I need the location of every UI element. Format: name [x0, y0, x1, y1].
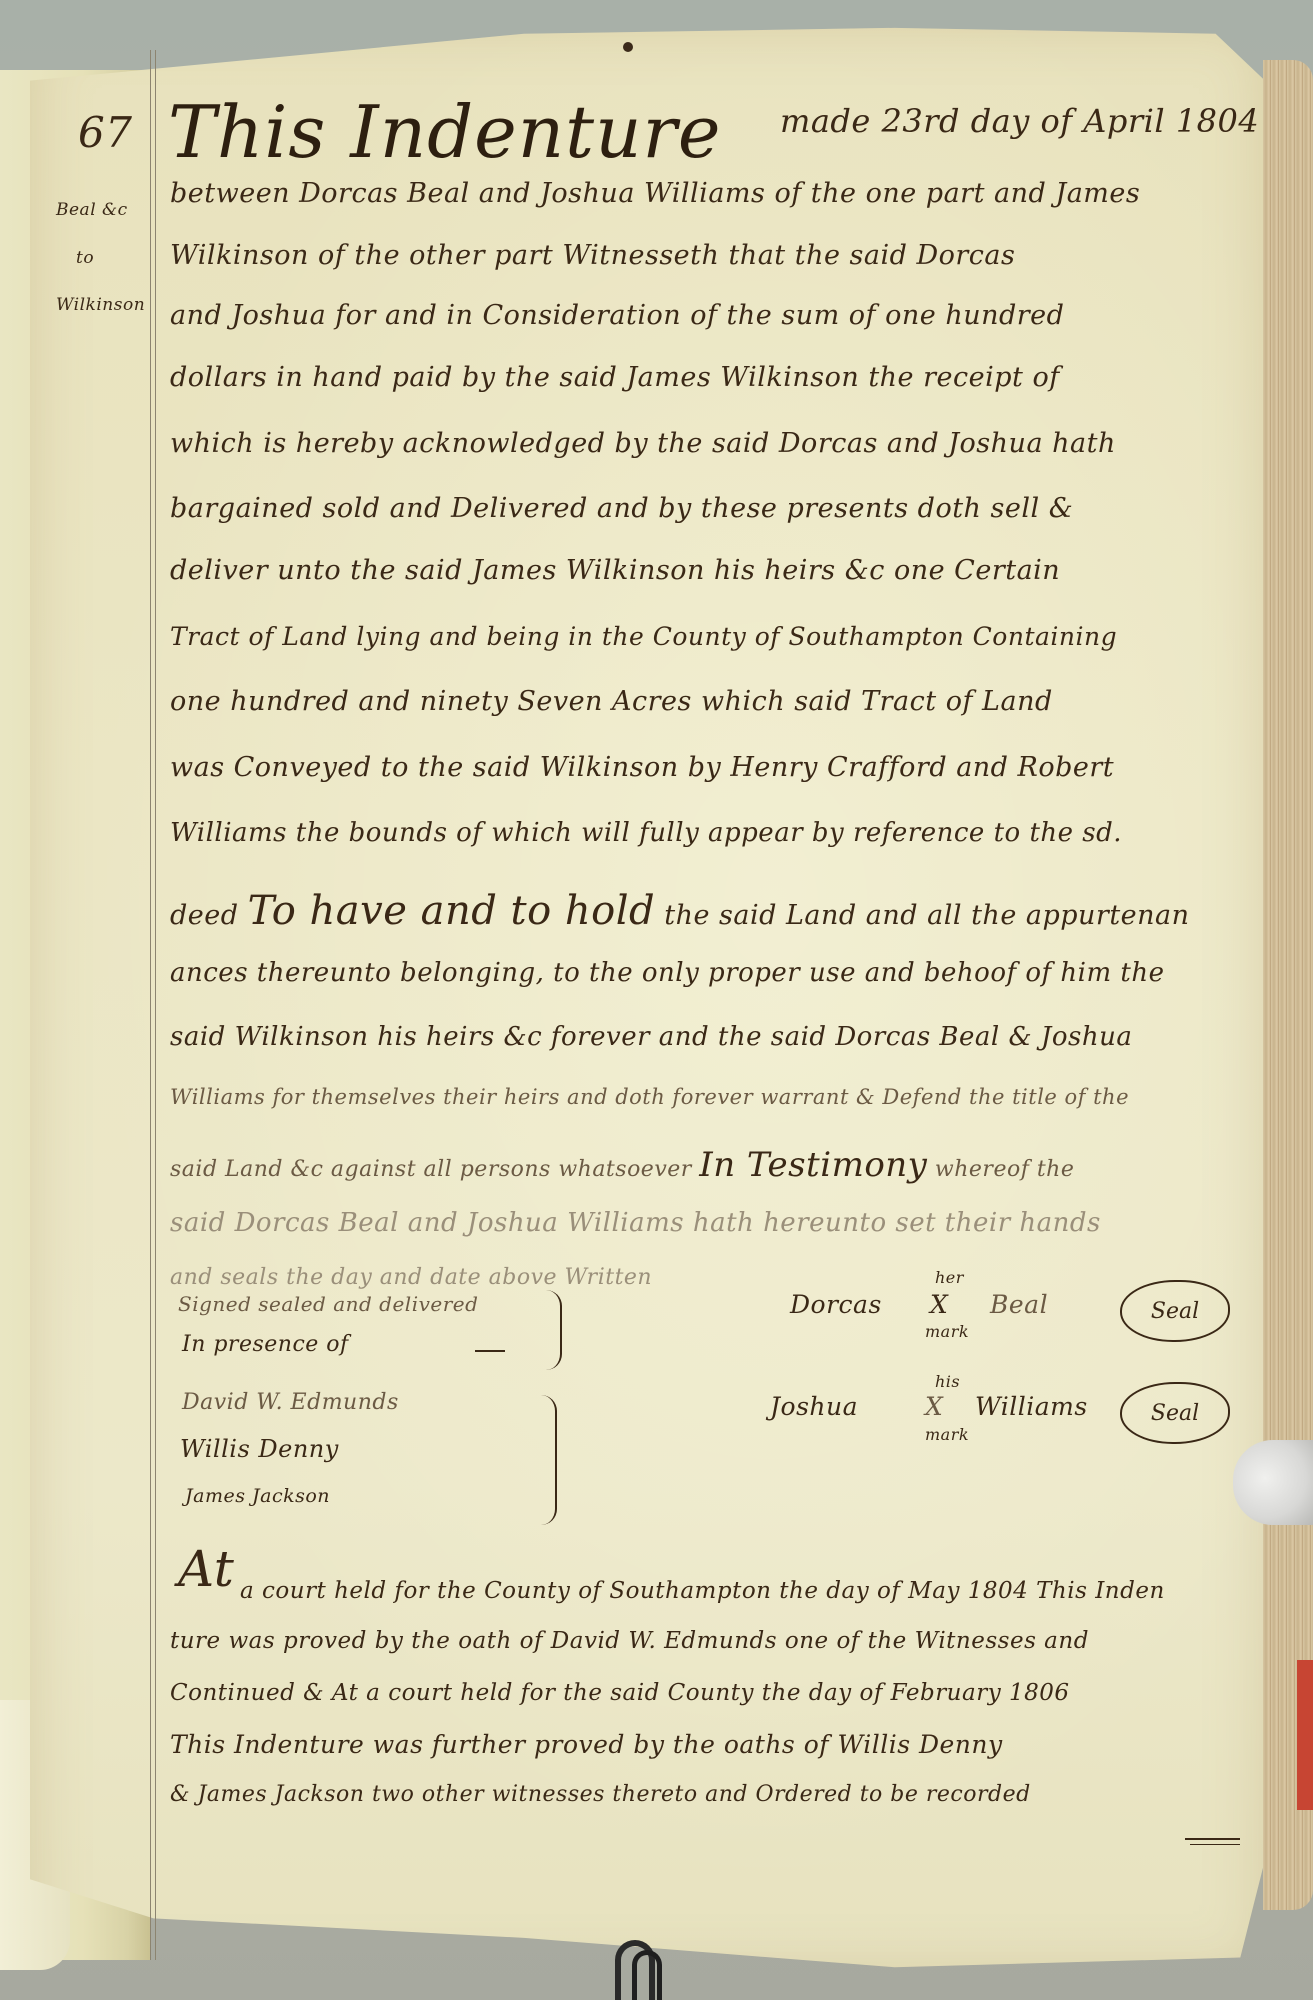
testimony-emphasis: In Testimony [699, 1145, 927, 1185]
testimony-suffix: whereof the [935, 1157, 1074, 1182]
margin-grantor: Beal &c [56, 200, 128, 220]
body-line: deliver unto the said James Wilkinson hi… [170, 555, 1060, 586]
mark-above: his [935, 1372, 960, 1391]
body-line: Williams the bounds of which will fully … [170, 818, 1122, 848]
court-record-opening: At [178, 1540, 234, 1598]
deed-heading: This Indenture [168, 90, 721, 174]
habendum-line: deed To have and to hold the said Land a… [170, 888, 1190, 934]
red-bookmark-edge [1297, 1660, 1313, 1810]
mark-below: mark [925, 1425, 969, 1444]
folio-number: 67 [78, 108, 132, 157]
signature-first-name: Joshua [770, 1392, 858, 1421]
habendum-emphasis: To have and to hold [248, 888, 656, 934]
court-record-line: a court held for the County of Southampt… [240, 1578, 1165, 1604]
witness-name: David W. Edmunds [182, 1390, 399, 1415]
body-line: one hundred and ninety Seven Acres which… [170, 686, 1053, 717]
body-line: said Dorcas Beal and Joshua Williams hat… [170, 1208, 1101, 1238]
court-record-line: Continued & At a court held for the said… [170, 1680, 1070, 1706]
margin-rule [150, 50, 151, 1960]
body-line: was Conveyed to the said Wilkinson by He… [170, 752, 1114, 783]
body-line: Tract of Land lying and being in the Cou… [170, 622, 1117, 651]
signature-last-name: Williams [975, 1392, 1088, 1421]
witness-name: Willis Denny [180, 1435, 339, 1463]
court-record-line: This Indenture was further proved by the… [170, 1730, 1003, 1759]
attestation-line-1: Signed sealed and delivered [178, 1292, 478, 1316]
body-line: and Joshua for and in Consideration of t… [170, 300, 1064, 331]
binding-hole [623, 42, 633, 52]
deed-date-line: made 23rd day of April 1804 [780, 102, 1259, 140]
mark-above: her [935, 1268, 964, 1287]
body-line: Wilkinson of the other part Witnesseth t… [170, 240, 1015, 271]
dash [475, 1350, 505, 1352]
body-line: bargained sold and Delivered and by thes… [170, 493, 1073, 524]
body-line: said Land &c against all persons whatsoe… [170, 1145, 1074, 1185]
signature-mark: X [930, 1290, 948, 1319]
closing-rule [1185, 1838, 1240, 1840]
body-line: dollars in hand paid by the said James W… [170, 362, 1060, 393]
margin-grantee: Wilkinson [56, 295, 145, 315]
brace [540, 1290, 562, 1370]
body-line: said Wilkinson his heirs &c forever and … [170, 1022, 1132, 1052]
court-record-line: & James Jackson two other witnesses ther… [170, 1782, 1031, 1807]
book-fore-edge [1263, 60, 1313, 1910]
closing-rule [1190, 1844, 1240, 1845]
warranty-line: said Land &c against all persons whatsoe… [170, 1157, 692, 1182]
seal: Seal [1120, 1280, 1230, 1342]
body-line: ances thereunto belonging, to the only p… [170, 958, 1164, 988]
seal: Seal [1120, 1382, 1230, 1444]
thumb-holding-page [1233, 1440, 1313, 1525]
body-line: which is hereby acknowledged by the said… [170, 428, 1116, 459]
habendum-suffix: the said Land and all the appurtenan [664, 900, 1189, 931]
mark-below: mark [925, 1322, 969, 1341]
margin-rule [155, 50, 156, 1960]
body-line: between Dorcas Beal and Joshua Williams … [170, 178, 1140, 209]
witness-name: James Jackson [185, 1485, 330, 1507]
signature-mark: X [925, 1392, 943, 1421]
body-line: Williams for themselves their heirs and … [170, 1085, 1129, 1109]
brace [535, 1395, 557, 1525]
body-line: and seals the day and date above Written [170, 1265, 652, 1290]
habendum-prefix: deed [170, 900, 239, 931]
cable-loop [632, 1950, 662, 2000]
signature-last-name: Beal [990, 1290, 1048, 1319]
margin-connector: to [76, 248, 94, 268]
attestation-line-2: In presence of [182, 1332, 349, 1357]
signature-first-name: Dorcas [790, 1290, 882, 1319]
court-record-line: ture was proved by the oath of David W. … [170, 1628, 1089, 1654]
